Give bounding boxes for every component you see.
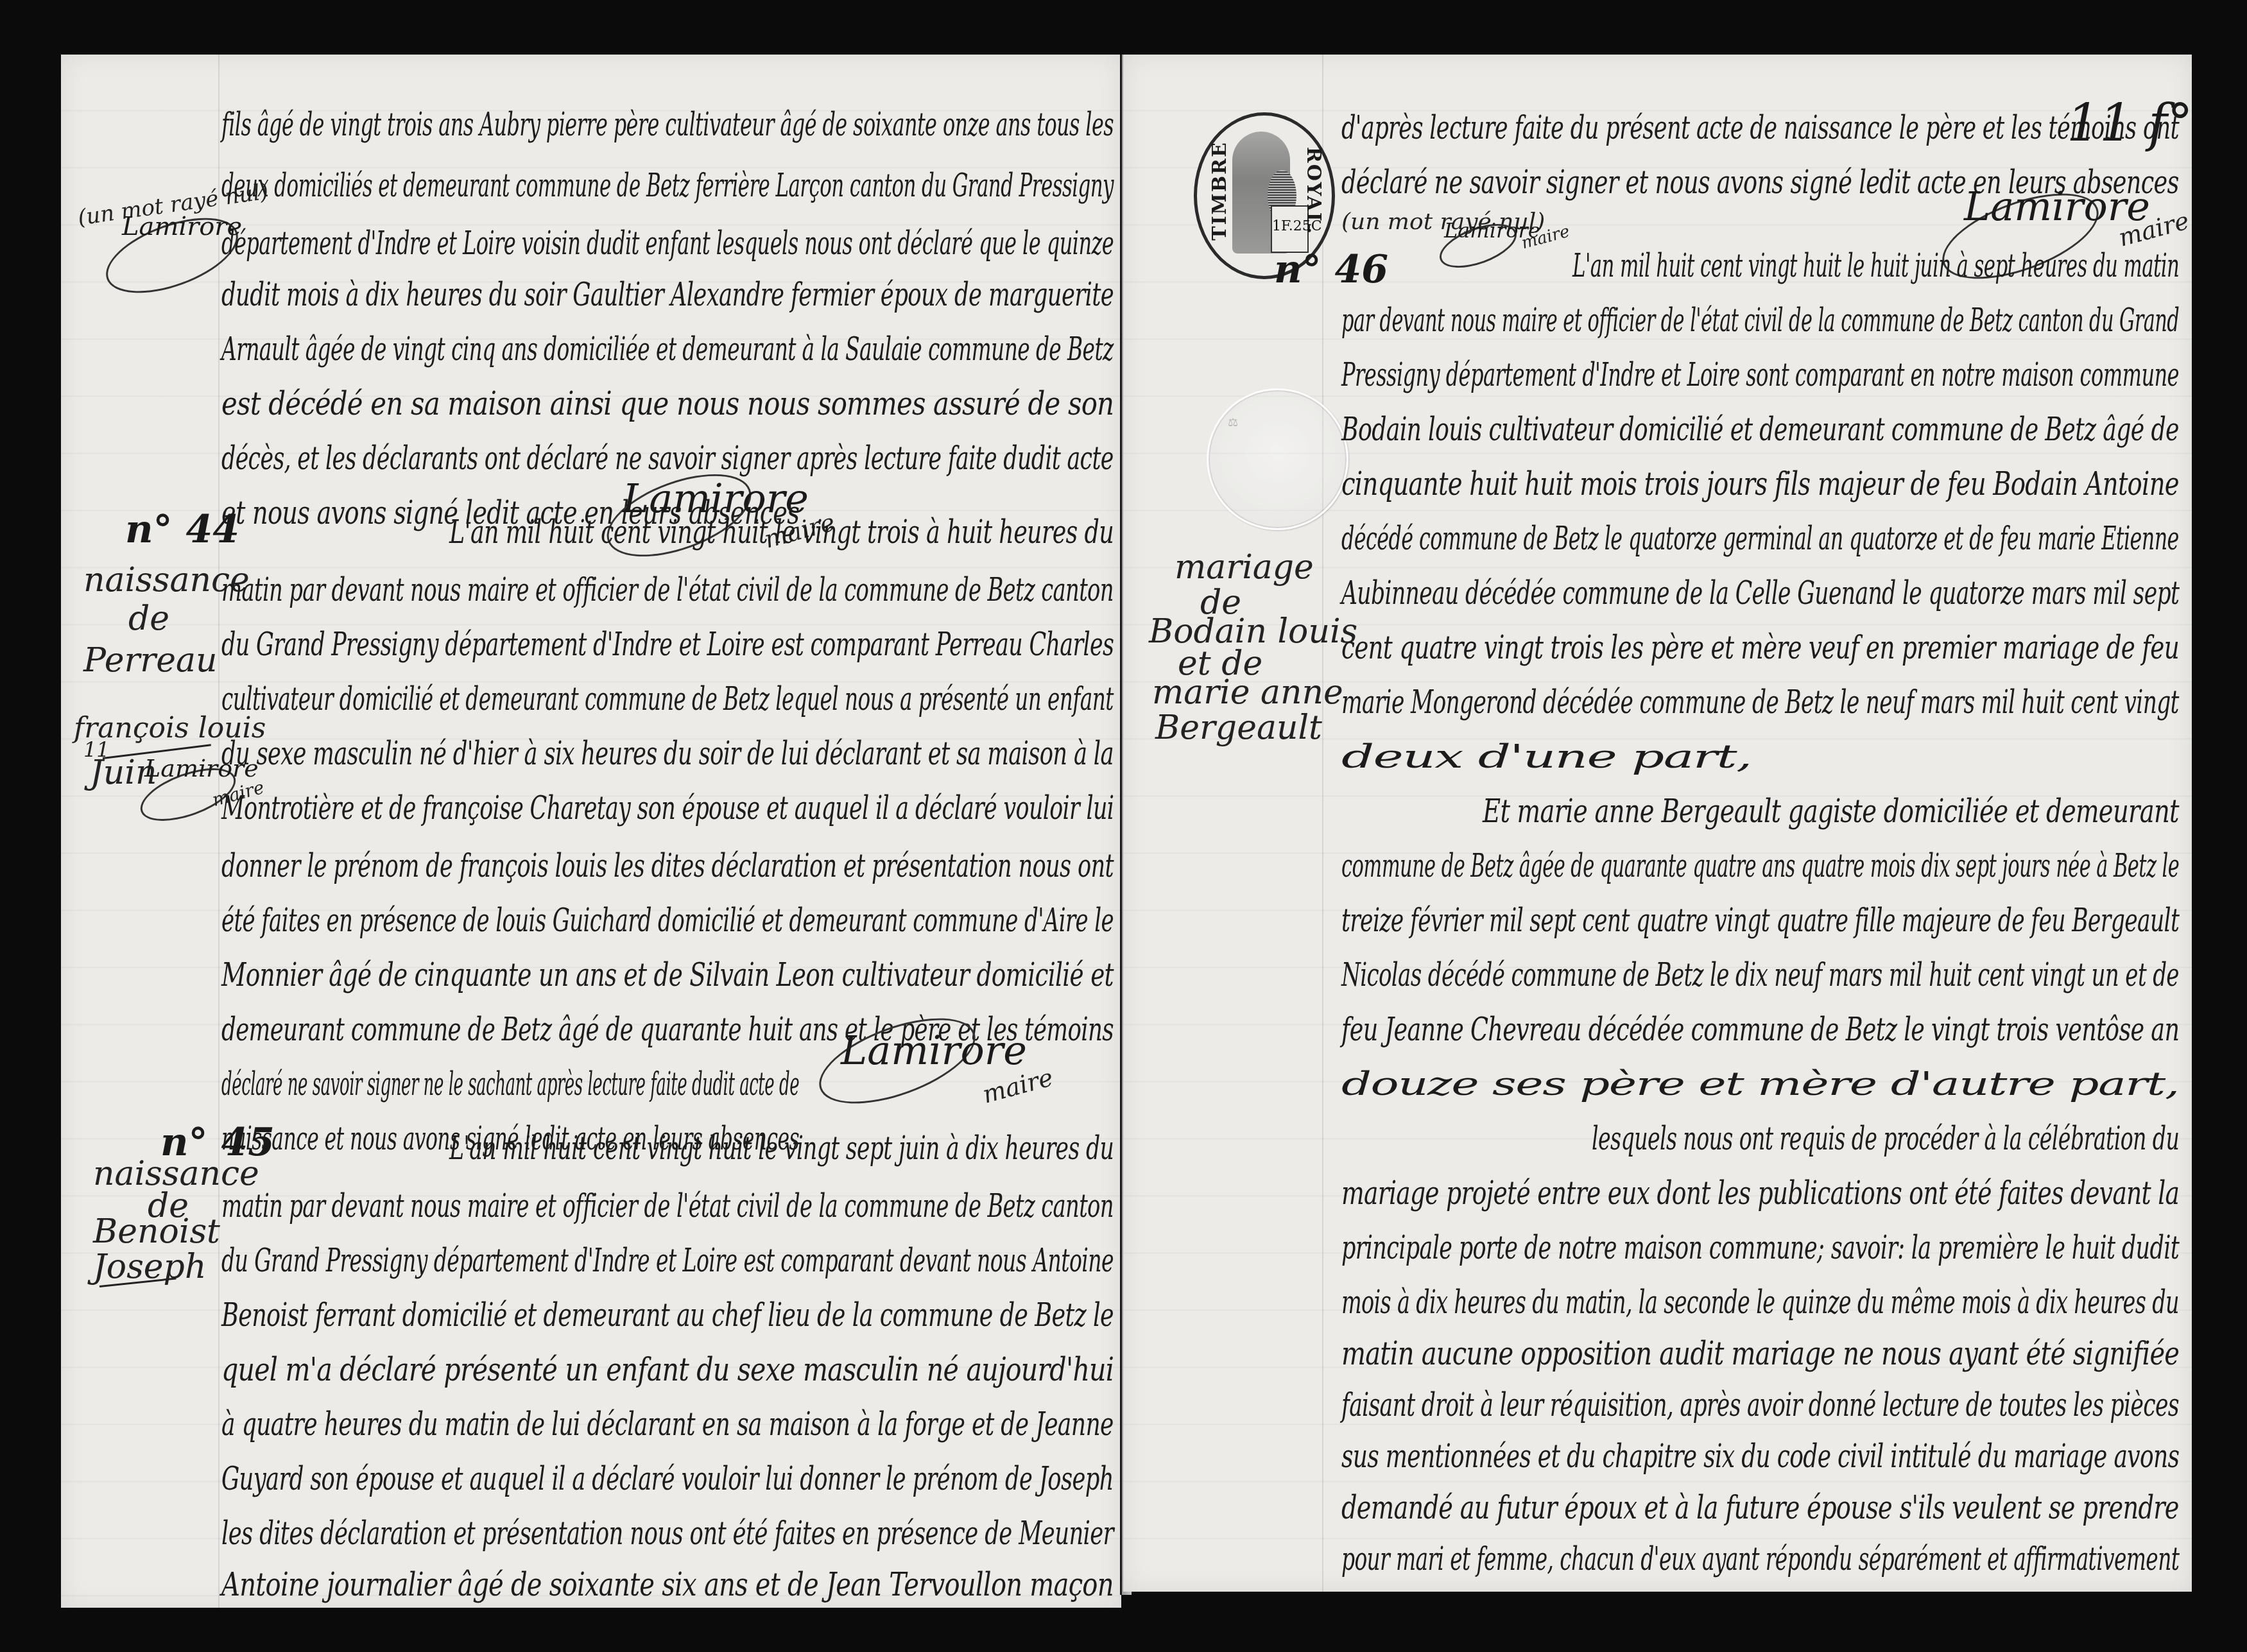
text-line: est décédé en sa maison ainsi que nous n… — [221, 385, 1114, 422]
text-line: d'après lecture faite du présent acte de… — [1341, 109, 2179, 146]
text-line: L'an mil huit cent vingt huit le vingt t… — [449, 513, 1114, 551]
text-line: du Grand Pressigny département d'Indre e… — [221, 1242, 1114, 1279]
margin-title-line: Bergeault — [1155, 709, 1322, 748]
text-line: cent quatre vingt trois les père et mère… — [1341, 629, 2179, 666]
text-line: pour mari et femme, chacun d'eux ayant r… — [1341, 1540, 2179, 1578]
text-line: les dites déclaration et présentation no… — [221, 1515, 1114, 1552]
text-line: donner le prénom de françois louis les d… — [221, 847, 1114, 884]
text-line: demandé au futur époux et à la future ép… — [1341, 1489, 2179, 1526]
embossed-seal-icon: ⚖ — [1228, 416, 1238, 429]
text-line: Arnault âgée de vingt cinq ans domicilié… — [221, 331, 1114, 368]
stamp-text-left: TIMBRE — [1209, 141, 1231, 241]
text-line: treize février mil sept cent quatre ving… — [1341, 902, 2179, 939]
margin-title-line: de — [128, 600, 169, 639]
margin-title-line: mariage — [1175, 549, 1314, 587]
text-line: cultivateur domicilié et demeurant commu… — [221, 680, 1114, 718]
text-line: département d'Indre et Loire voisin dudi… — [221, 225, 1114, 262]
left-margin-rule — [218, 55, 220, 1608]
text-line: mois à dix heures du matin, la seconde l… — [1341, 1284, 2179, 1321]
text-line: marie Mongerond décédée commune de Betz … — [1341, 684, 2179, 721]
text-line: Guyard son épouse et auquel il a déclaré… — [221, 1460, 1114, 1497]
text-line: Et marie anne Bergeault gagiste domicili… — [1483, 793, 2179, 830]
embossed-seal: ⚖ — [1207, 388, 1348, 530]
text-line: mariage projeté entre eux dont les publi… — [1341, 1174, 2179, 1212]
text-line: douze ses père et mère d'autre part, — [1341, 1065, 2179, 1103]
margin-title-line: Benoist — [93, 1213, 220, 1252]
text-line: principale porte de notre maison commune… — [1341, 1229, 2179, 1266]
text-line: matin par devant nous maire et officier … — [221, 571, 1114, 608]
text-line: fils âgé de vingt trois ans Aubry pierre… — [221, 106, 1114, 143]
margin-title-line: marie anne — [1152, 674, 1343, 712]
text-line: feu Jeanne Chevreau décédée commune de B… — [1341, 1011, 2179, 1048]
text-line: L'an mil huit cent vingt huit le huit ju… — [1572, 247, 2179, 284]
text-line: matin aucune opposition audit mariage ne… — [1341, 1335, 2179, 1372]
text-line: été faites en présence de louis Guichard… — [221, 902, 1114, 939]
text-line: Pressigny département d'Indre et Loire s… — [1341, 356, 2179, 393]
text-line: décédé commune de Betz le quatorze germi… — [1341, 520, 2179, 557]
text-line: dudit mois à dix heures du soir Gaultier… — [221, 276, 1114, 313]
text-line: sus mentionnées et du chapitre six du co… — [1341, 1438, 2179, 1475]
text-line: cinquante huit huit mois trois jours fil… — [1341, 465, 2179, 503]
text-line: Montrotière et de françoise Charetay son… — [221, 789, 1114, 827]
text-line: lesquels nous ont requis de procéder à l… — [1592, 1120, 2179, 1157]
text-line: du Grand Pressigny département d'Indre e… — [221, 626, 1114, 663]
text-line: L'an mil huit cent vingt huit le vingt s… — [449, 1130, 1114, 1167]
text-line: du sexe masculin né d'hier à six heures … — [221, 735, 1114, 772]
text-line: Aubinneau décédée commune de la Celle Gu… — [1341, 574, 2179, 612]
text-line: faisant droit à leur réquisition, après … — [1341, 1386, 2179, 1424]
text-line: à quatre heures du matin de lui déclaran… — [221, 1406, 1114, 1443]
text-line: commune de Betz âgée de quarante quatre … — [1341, 847, 2179, 884]
text-line: Benoist ferrant domicilié et demeurant a… — [221, 1296, 1114, 1334]
text-line: Bodain louis cultivateur domicilié et de… — [1341, 411, 2179, 448]
stamp-price: 1F.25C — [1272, 218, 1322, 234]
text-line: quel m'a déclaré présenté un enfant du s… — [221, 1351, 1114, 1388]
text-line: décès, et les déclarants ont déclaré ne … — [221, 440, 1114, 477]
text-line: Monnier âgé de cinquante un ans et de Si… — [221, 956, 1114, 994]
text-line: par devant nous maire et officier de l'é… — [1341, 302, 2179, 339]
act-number: n° 44 — [125, 507, 239, 552]
text-line: déclaré ne savoir signer ne le sachant a… — [221, 1065, 799, 1103]
signature-name: Lamirore — [841, 1027, 1027, 1074]
margin-title-line: Perreau — [83, 642, 217, 680]
text-line: deux domiciliés et demeurant commune de … — [221, 167, 1114, 204]
text-line: matin par devant nous maire et officier … — [221, 1187, 1114, 1225]
act-number: n° 46 — [1274, 247, 1388, 292]
text-line: Antoine journalier âgé de soixante six a… — [221, 1566, 1114, 1603]
text-line: Nicolas décédé commune de Betz le dix ne… — [1341, 956, 2179, 994]
text-line: deux d'une part, — [1341, 738, 1752, 775]
